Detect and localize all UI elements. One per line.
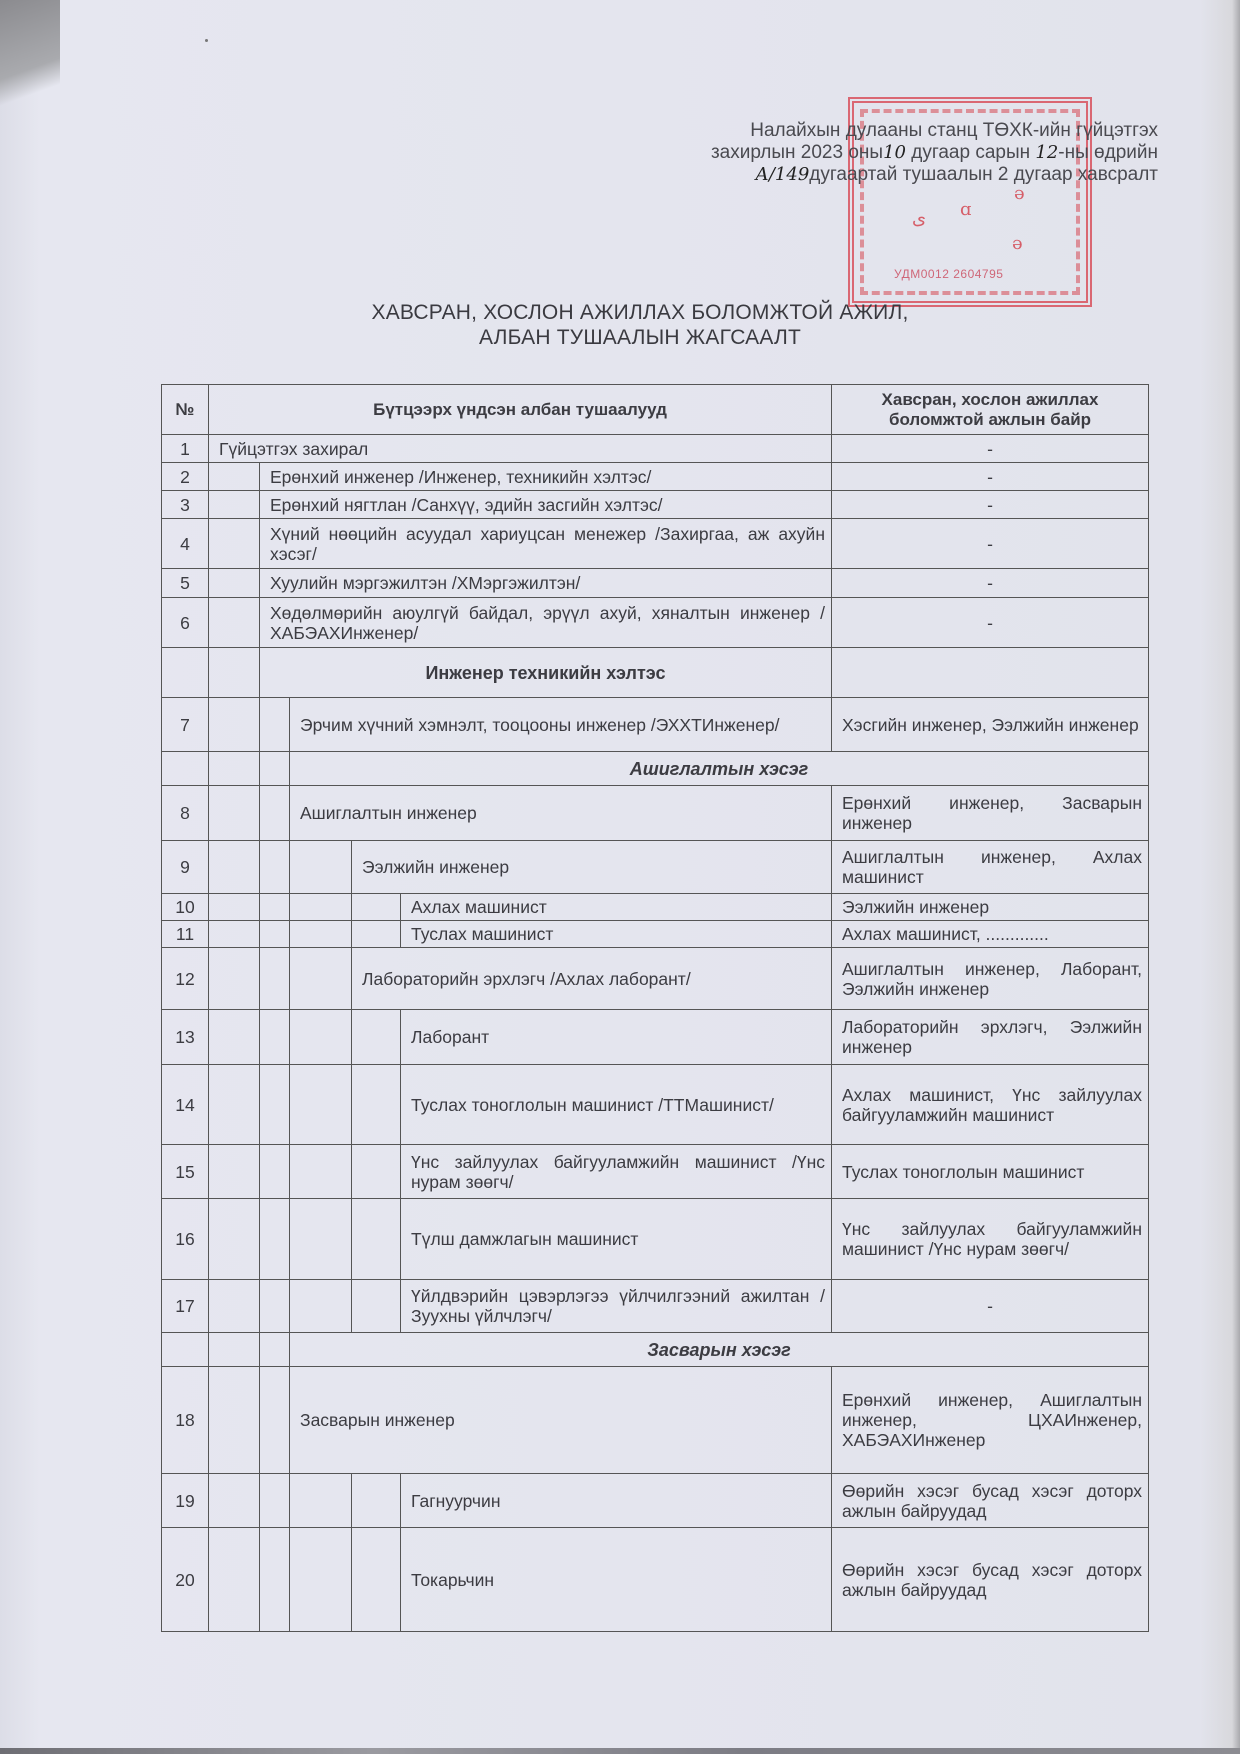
indent-spacer <box>208 647 259 697</box>
indent-spacer <box>208 597 259 647</box>
combinable-cell: - <box>831 597 1148 647</box>
indent-spacer <box>289 893 351 920</box>
indent-spacer <box>208 893 259 920</box>
row-number: 10 <box>161 893 208 920</box>
position-cell: Туслах тоноглолын машинист /ТТМашинист/ <box>400 1064 831 1144</box>
indent-spacer <box>351 920 400 947</box>
combinable-cell: - <box>831 518 1148 568</box>
indent-spacer <box>259 1473 289 1527</box>
row-number: 5 <box>161 568 208 597</box>
indent-spacer <box>259 840 289 893</box>
indent-spacer <box>208 1527 259 1631</box>
indent-spacer <box>289 1198 351 1279</box>
indent-spacer <box>259 1064 289 1144</box>
row-number: 19 <box>161 1473 208 1527</box>
row-number: 3 <box>161 490 208 518</box>
row-number: 15 <box>161 1144 208 1198</box>
row-number: 2 <box>161 462 208 490</box>
table-right-border <box>1148 384 1149 1631</box>
combinable-cell: Өөрийн хэсэг бусад хэсэг доторх ажлын ба… <box>831 1527 1148 1631</box>
row-number: 11 <box>161 920 208 947</box>
combinable-cell: Ашиглалтын инженер, Ахлах машинист <box>831 840 1148 893</box>
indent-spacer <box>208 785 259 840</box>
row-number: 13 <box>161 1009 208 1064</box>
row-number: 8 <box>161 785 208 840</box>
indent-spacer <box>351 1527 400 1631</box>
indent-spacer <box>259 1527 289 1631</box>
indent-spacer <box>259 893 289 920</box>
indent-spacer <box>208 568 259 597</box>
row-number: 6 <box>161 597 208 647</box>
indent-spacer <box>208 920 259 947</box>
position-cell: Ээлжийн инженер <box>351 840 831 893</box>
row-number: 17 <box>161 1279 208 1332</box>
combinable-cell <box>831 647 1148 697</box>
combinable-cell: - <box>831 434 1148 462</box>
unit-heading: Засварын хэсэг <box>289 1332 1148 1366</box>
combinable-cell: Лабораторийн эрхлэгч, Ээлжийн инженер <box>831 1009 1148 1064</box>
indent-spacer <box>259 785 289 840</box>
row-number: 14 <box>161 1064 208 1144</box>
indent-spacer <box>208 947 259 1009</box>
indent-spacer <box>289 920 351 947</box>
combinable-cell: Хэсгийн инженер, Ээлжийн инженер <box>831 697 1148 751</box>
position-cell: Засварын инженер <box>289 1366 831 1473</box>
department-heading: Инженер техникийн хэлтэс <box>259 647 831 697</box>
indent-spacer <box>289 1527 351 1631</box>
indent-spacer <box>289 1144 351 1198</box>
indent-spacer <box>259 751 289 785</box>
indent-spacer <box>208 490 259 518</box>
header-number: № <box>161 384 208 434</box>
position-cell: Туслах машинист <box>400 920 831 947</box>
position-cell: Гүйцэтгэх захирал <box>208 434 831 462</box>
row-number: 16 <box>161 1198 208 1279</box>
combinable-cell: - <box>831 1279 1148 1332</box>
position-cell: Хөдөлмөрийн аюулгүй байдал, эрүүл ахуй, … <box>259 597 831 647</box>
indent-spacer <box>208 1198 259 1279</box>
row-number: 20 <box>161 1527 208 1631</box>
position-cell: Ашиглалтын инженер <box>289 785 831 840</box>
indent-spacer <box>289 840 351 893</box>
position-cell: Хүний нөөцийн асуудал хариуцсан менежер … <box>259 518 831 568</box>
position-cell: Хуулийн мэргэжилтэн /ХМэргэжилтэн/ <box>259 568 831 597</box>
indent-spacer <box>208 1009 259 1064</box>
position-cell: Үйлдвэрийн цэвэрлэгээ үйлчилгээний ажилт… <box>400 1279 831 1332</box>
position-cell: Үнс зайлуулах байгууламжийн машинист /Үн… <box>400 1144 831 1198</box>
indent-spacer <box>208 518 259 568</box>
indent-spacer <box>289 947 351 1009</box>
table-bottom-border <box>161 1631 1149 1632</box>
indent-spacer <box>289 1473 351 1527</box>
combinable-cell: Ахлах машинист, ............. <box>831 920 1148 947</box>
indent-spacer <box>351 1009 400 1064</box>
indent-spacer <box>351 893 400 920</box>
indent-spacer <box>259 1144 289 1198</box>
indent-spacer <box>259 920 289 947</box>
indent-spacer <box>208 840 259 893</box>
unit-heading: Ашиглалтын хэсэг <box>289 751 1148 785</box>
row-number: 1 <box>161 434 208 462</box>
indent-spacer <box>208 697 259 751</box>
indent-spacer <box>351 1064 400 1144</box>
indent-spacer <box>351 1144 400 1198</box>
indent-spacer <box>208 1366 259 1473</box>
indent-spacer <box>259 1332 289 1366</box>
row-number <box>161 751 208 785</box>
combinable-cell: Ерөнхий инженер, Ашиглалтын инженер, ЦХА… <box>831 1366 1148 1473</box>
indent-spacer <box>351 1279 400 1332</box>
indent-spacer <box>208 1473 259 1527</box>
position-cell: Лаборант <box>400 1009 831 1064</box>
document-page: ﻯ ɑ ǝ ə УДМ0012 2604795 Налайхын дулааны… <box>0 0 1240 1754</box>
indent-spacer <box>259 697 289 751</box>
combinable-cell: - <box>831 462 1148 490</box>
indent-spacer <box>208 1279 259 1332</box>
indent-spacer <box>289 1279 351 1332</box>
combinable-cell: Туслах тоноглолын машинист <box>831 1144 1148 1198</box>
row-number: 7 <box>161 697 208 751</box>
position-cell: Ерөнхий инженер /Инженер, техникийн хэлт… <box>259 462 831 490</box>
indent-spacer <box>351 1473 400 1527</box>
indent-spacer <box>259 1009 289 1064</box>
row-number <box>161 1332 208 1366</box>
combinable-cell: Ашиглалтын инженер, Лаборант, Ээлжийн ин… <box>831 947 1148 1009</box>
combinable-cell: Ерөнхий инженер, Засварын инженер <box>831 785 1148 840</box>
row-number: 18 <box>161 1366 208 1473</box>
combinable-cell: Өөрийн хэсэг бусад хэсэг доторх ажлын ба… <box>831 1473 1148 1527</box>
header-combinable: Хавсран, хослон ажиллах боломжтой ажлын … <box>831 384 1148 434</box>
row-number <box>161 647 208 697</box>
position-cell: Токарьчин <box>400 1527 831 1631</box>
row-number: 9 <box>161 840 208 893</box>
position-cell: Түлш дамжлагын машинист <box>400 1198 831 1279</box>
combinable-cell: - <box>831 568 1148 597</box>
indent-spacer <box>259 1279 289 1332</box>
combinable-cell: Үнс зайлуулах байгууламжийн машинист /Үн… <box>831 1198 1148 1279</box>
indent-spacer <box>259 947 289 1009</box>
indent-spacer <box>259 1366 289 1473</box>
combinable-cell: Ээлжийн инженер <box>831 893 1148 920</box>
position-cell: Лабораторийн эрхлэгч /Ахлах лаборант/ <box>351 947 831 1009</box>
indent-spacer <box>289 1009 351 1064</box>
indent-spacer <box>259 1198 289 1279</box>
indent-spacer <box>351 1198 400 1279</box>
header-position: Бүтцээрх үндсэн албан тушаалууд <box>208 384 831 434</box>
combinable-cell: Ахлах машинист, Үнс зайлуулах байгууламж… <box>831 1064 1148 1144</box>
position-cell: Ерөнхий нягтлан /Санхүү, эдийн засгийн х… <box>259 490 831 518</box>
indent-spacer <box>208 462 259 490</box>
indent-spacer <box>208 1064 259 1144</box>
position-cell: Ахлах машинист <box>400 893 831 920</box>
positions-table: №Бүтцээрх үндсэн албан тушаалуудХавсран,… <box>0 0 1240 1754</box>
row-number: 4 <box>161 518 208 568</box>
row-number: 12 <box>161 947 208 1009</box>
position-cell: Эрчим хүчний хэмнэлт, тооцооны инженер /… <box>289 697 831 751</box>
position-cell: Гагнуурчин <box>400 1473 831 1527</box>
combinable-cell: - <box>831 490 1148 518</box>
indent-spacer <box>208 1144 259 1198</box>
indent-spacer <box>289 1064 351 1144</box>
